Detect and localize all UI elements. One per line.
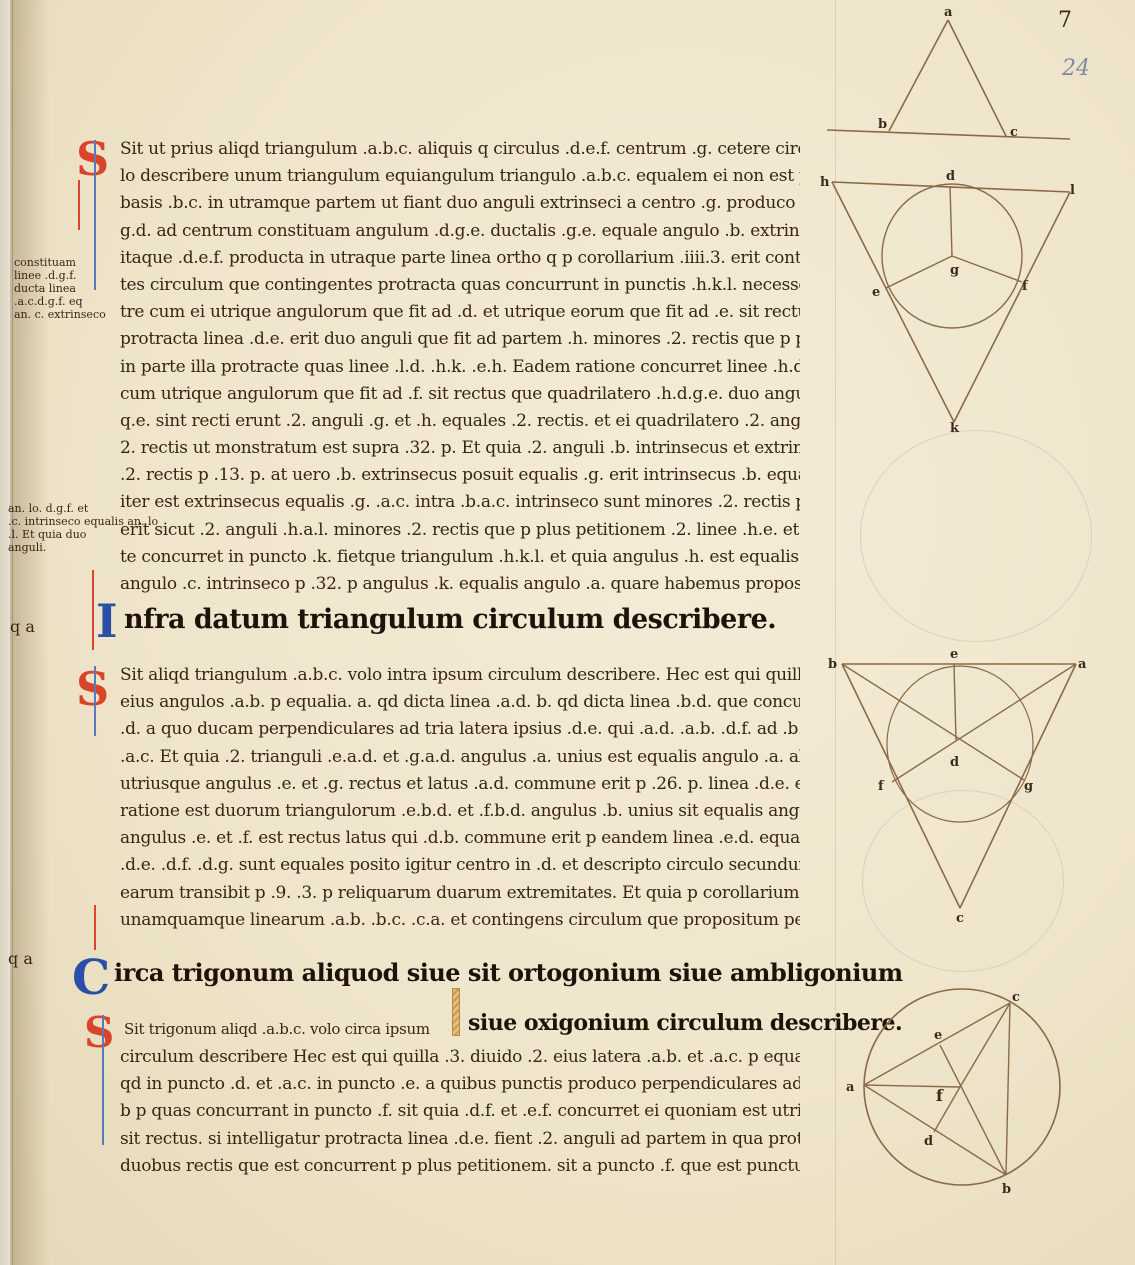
paragraph-3: circulum describere Hec est qui quilla .… — [120, 1044, 800, 1180]
label-c: c — [1012, 990, 1020, 1005]
initial-flourish — [94, 666, 96, 736]
text-line: basis .b.c. in utramque partem ut fiant … — [120, 190, 800, 217]
text-line: q.e. sint recti erunt .2. anguli .g. et … — [120, 408, 800, 435]
insertion-mark — [452, 988, 460, 1036]
margin-note-line: .a.c.d.g.f. eq — [14, 295, 106, 308]
text-line: earum transibit p .9. .3. p reliquarum d… — [120, 880, 800, 907]
text-line: angulo .c. intrinseco p .32. p angulus .… — [120, 571, 800, 598]
text-line: protracta linea .d.e. erit duo anguli qu… — [120, 326, 800, 353]
margin-note-q: q a — [10, 620, 35, 633]
text-line: in parte illa protracte quas linee .l.d.… — [120, 354, 800, 381]
text-line: utriusque angulus .e. et .g. rectus et l… — [120, 771, 800, 798]
margin-note-line: linee .d.g.f. — [14, 269, 106, 282]
text-line: te concurret in puncto .k. fietque trian… — [120, 544, 800, 571]
decorated-initial-s: S — [76, 136, 109, 182]
text-line: lo describere unum triangulum equiangulu… — [120, 163, 800, 190]
label-c: c — [956, 911, 964, 926]
text-line: g.d. ad centrum constituam angulum .d.g.… — [120, 218, 800, 245]
text-line: duobus rectis que est concurrent p plus … — [120, 1153, 800, 1180]
diagram-circumscribed-circle-abc: a c b e d f — [840, 975, 1070, 1204]
margin-note-line: .c. intrinseco equalis an. lo — [8, 515, 158, 528]
label-g: g — [1024, 779, 1033, 794]
label-e: e — [872, 285, 880, 300]
label-b: b — [1002, 1182, 1011, 1197]
label-e: e — [934, 1028, 942, 1043]
label-d: d — [950, 755, 959, 770]
margin-note-line: an. lo. d.g.f. et — [8, 502, 158, 515]
text-line: sit rectus. si intelligatur protracta li… — [120, 1126, 800, 1153]
text-line: iter est extrinsecus equalis .g. .a.c. i… — [120, 489, 800, 516]
label-k: k — [950, 421, 960, 436]
text-line: .d.e. .d.f. .d.g. sunt equales posito ig… — [120, 852, 800, 879]
label-d: d — [924, 1134, 933, 1149]
label-e: e — [950, 647, 958, 662]
text-line: itaque .d.e.f. producta in utraque parte… — [120, 245, 800, 272]
text-line: qd in puncto .d. et .a.c. in puncto .e. … — [120, 1071, 800, 1098]
text-line: unamquamque linearum .a.b. .b.c. .c.a. e… — [120, 907, 800, 934]
margin-note-line: ducta linea — [14, 282, 106, 295]
diagram-triangle-abc: a b c — [820, 0, 1080, 154]
show-through-circle — [860, 430, 1092, 642]
text-line: erit sicut .2. anguli .h.a.l. minores .2… — [120, 517, 800, 544]
initial-flourish — [94, 905, 96, 950]
label-b: b — [878, 117, 887, 132]
text-line: .2. rectis p .13. p. at uero .b. extrins… — [120, 462, 800, 489]
label-h: h — [820, 175, 830, 190]
label-d: d — [946, 169, 955, 184]
label-l: l — [1070, 183, 1075, 198]
text-line: b p quas concurrant in puncto .f. sit qu… — [120, 1098, 800, 1125]
label-a: a — [846, 1080, 855, 1095]
rubric-heading: nfra datum triangulum circulum describer… — [124, 604, 776, 635]
margin-note-line: constituam — [14, 256, 106, 269]
initial-flourish — [92, 570, 94, 650]
diagram-inscribed-circle-hkl: h l d g e f k — [820, 160, 1090, 444]
decorated-initial-c: C — [72, 952, 110, 1004]
text-line: Sit aliqd triangulum .a.b.c. volo intra … — [120, 662, 800, 689]
text-line: .a.c. Et quia .2. trianguli .e.a.d. et .… — [120, 744, 800, 771]
label-b: b — [828, 657, 837, 672]
decorated-initial-i: I — [96, 596, 118, 646]
text-line: circulum describere Hec est qui quilla .… — [120, 1044, 800, 1071]
margin-note-top: constituam linee .d.g.f. ducta linea .a.… — [14, 256, 106, 321]
text-line: ratione est duorum triangulorum .e.b.d. … — [120, 798, 800, 825]
initial-flourish — [78, 180, 80, 230]
text-line: Sit ut prius aliqd triangulum .a.b.c. al… — [120, 136, 800, 163]
label-f: f — [878, 779, 885, 794]
decorated-initial-s: S — [76, 666, 109, 712]
text-line: tes circulum que contingentes protracta … — [120, 272, 800, 299]
label-a: a — [944, 5, 953, 20]
decorated-initial-s: S — [84, 1010, 114, 1056]
text-line: angulus .e. et .f. est rectus latus qui … — [120, 825, 800, 852]
rubric-heading: irca trigonum aliquod siue sit ortogoniu… — [114, 958, 903, 987]
text-line: 2. rectis ut monstratum est supra .32. p… — [120, 435, 800, 462]
manuscript-page: 7 24 S Sit ut prius aliqd triangulum .a.… — [0, 0, 1135, 1265]
paragraph-2: Sit aliqd triangulum .a.b.c. volo intra … — [120, 662, 800, 934]
text-line: tre cum ei utrique angulorum que fit ad … — [120, 299, 800, 326]
margin-note-middle: an. lo. d.g.f. et .c. intrinseco equalis… — [8, 502, 158, 554]
paragraph-1: Sit ut prius aliqd triangulum .a.b.c. al… — [120, 136, 800, 598]
text-line: cum utrique angulorum que fit ad .f. sit… — [120, 381, 800, 408]
margin-note-line: .l. Et quia duo — [8, 528, 158, 541]
margin-note-line: anguli. — [8, 541, 158, 554]
label-a: a — [1078, 657, 1087, 672]
text-line: eius angulos .a.b. p equalia. a. qd dict… — [120, 689, 800, 716]
text-line: Sit trigonum aliqd .a.b.c. volo circa ip… — [124, 1016, 454, 1043]
margin-note-line: an. c. extrinseco — [14, 308, 106, 321]
initial-flourish — [102, 1015, 104, 1145]
text-line: .d. a quo ducam perpendiculares ad tria … — [120, 716, 800, 743]
label-f: f — [936, 1086, 944, 1105]
margin-note-q: q a — [8, 952, 33, 965]
label-c: c — [1010, 125, 1018, 140]
label-f: f — [1022, 279, 1029, 294]
diagram-inscribed-circle-abc: b e a d f g c — [820, 640, 1100, 934]
label-g: g — [950, 263, 959, 278]
rubric-heading-continuation: siue oxigonium circulum describere. — [468, 1010, 902, 1036]
